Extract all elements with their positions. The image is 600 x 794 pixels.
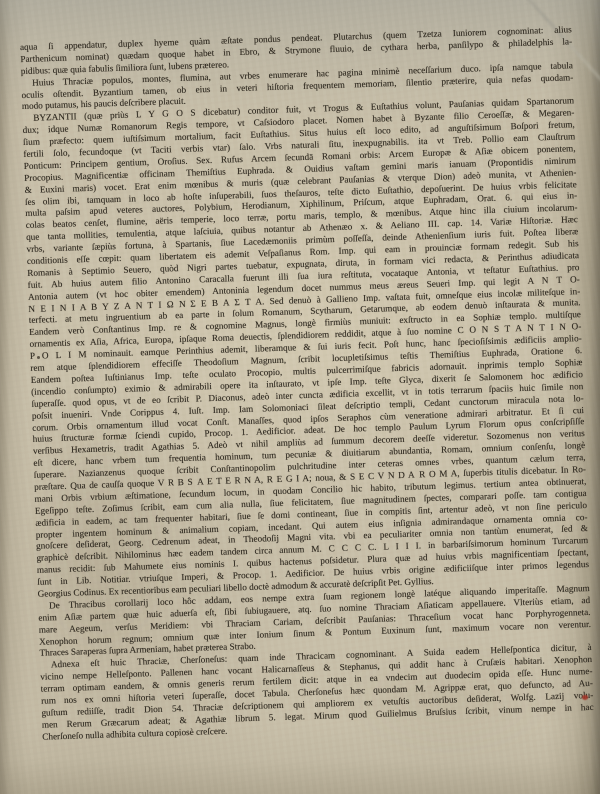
red-ink-speck [582, 695, 588, 700]
paragraph: Adnexa eſt huic Thraciæ, Cherſoneſus: qu… [40, 642, 594, 743]
paragraph: BYZANTII (quæ priùs L Y G O S dicebatur)… [22, 96, 589, 601]
ink-speck [37, 356, 40, 359]
scanned-book-page: aqua ſi appendatur, duplex hyeme quàm æſ… [0, 0, 600, 794]
text-block: aqua ſi appendatur, duplex hyeme quàm æſ… [20, 24, 594, 743]
